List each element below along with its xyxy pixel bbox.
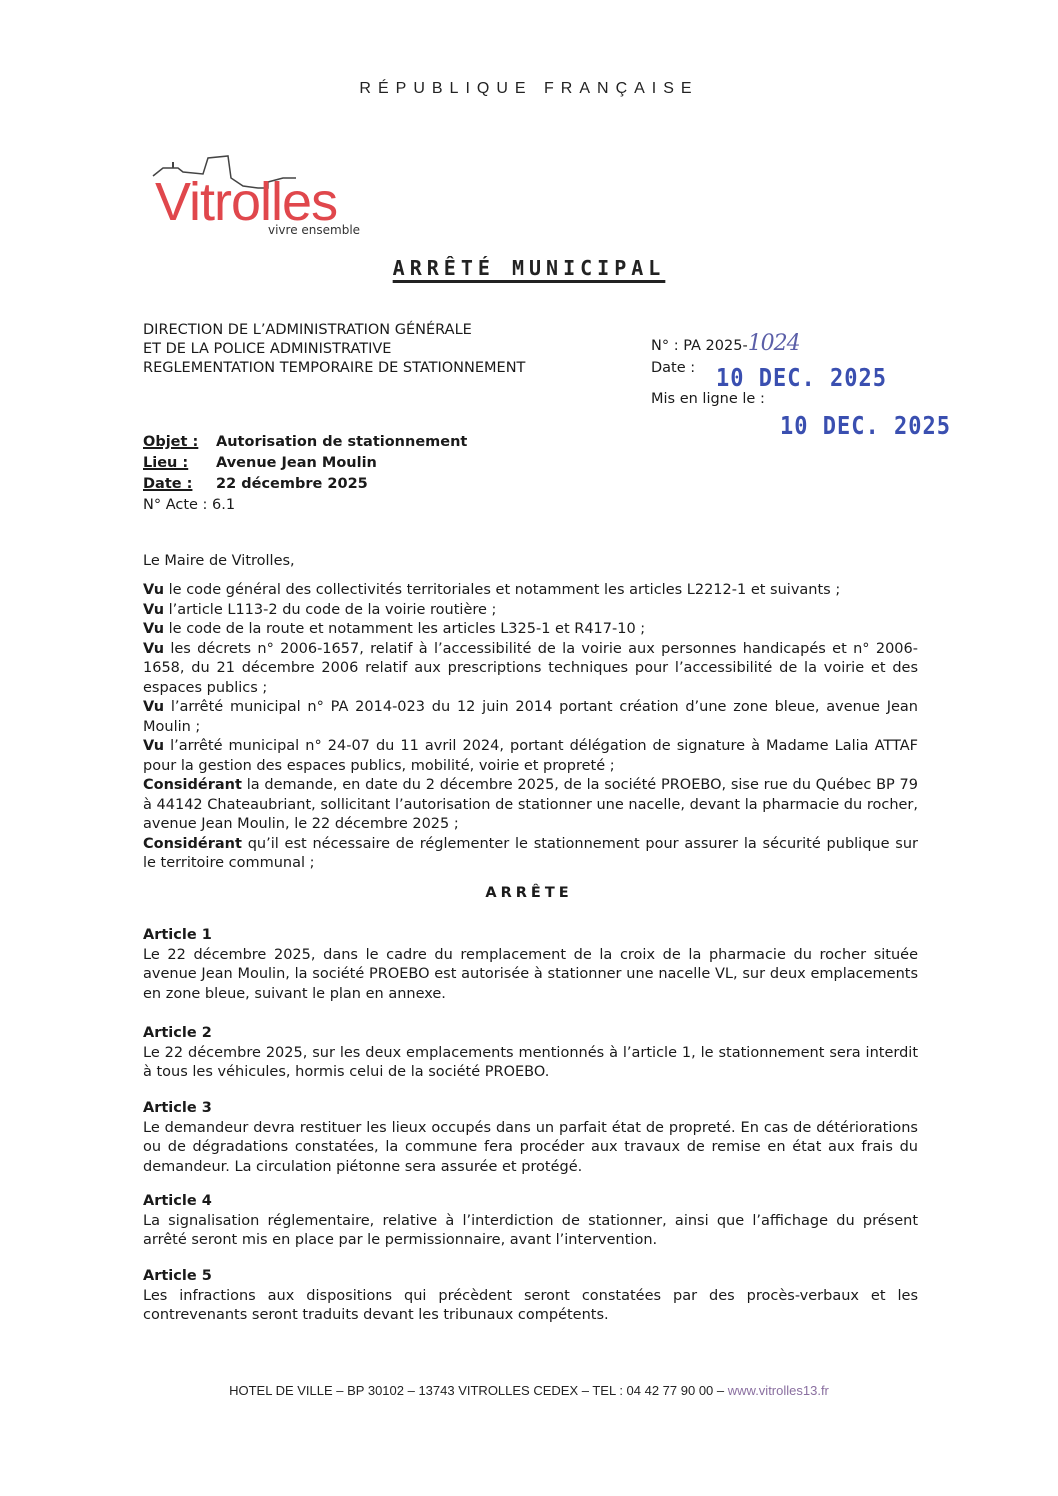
objet-label: Objet : xyxy=(143,434,198,450)
article-3: Article 3 Le demandeur devra restituer l… xyxy=(143,1099,918,1177)
footer-website-link[interactable]: www.vitrolles13.fr xyxy=(728,1383,829,1398)
online-date-label: Mis en ligne le : xyxy=(651,391,765,407)
direction-line: DIRECTION DE L’ADMINISTRATION GÉNÉRALE xyxy=(143,321,525,340)
online-date-stamp: 10 DEC. 2025 xyxy=(780,412,951,441)
article-title: Article 4 xyxy=(143,1192,918,1212)
visa-item: Vu l’article L113-2 du code de la voirie… xyxy=(143,601,918,621)
footer-address-text: HOTEL DE VILLE – BP 30102 – 13743 VITROL… xyxy=(229,1383,728,1398)
visa-item: Vu l’arrêté municipal n° PA 2014-023 du … xyxy=(143,698,918,737)
article-title: Article 3 xyxy=(143,1099,918,1119)
direction-line: ET DE LA POLICE ADMINISTRATIVE xyxy=(143,340,525,359)
article-text: Le demandeur devra restituer les lieux o… xyxy=(143,1119,918,1178)
footer-address: HOTEL DE VILLE – BP 30102 – 13743 VITROL… xyxy=(0,1383,1058,1398)
article-1: Article 1 Le 22 décembre 2025, dans le c… xyxy=(143,926,918,1004)
logo-tagline: vivre ensemble xyxy=(268,224,360,236)
arrete-heading: ARRÊTE xyxy=(0,885,1058,901)
considerant-item: Considérant la demande, en date du 2 déc… xyxy=(143,776,918,835)
lieu-label: Lieu : xyxy=(143,455,188,471)
article-text: La signalisation réglementaire, relative… xyxy=(143,1212,918,1251)
article-text: Les infractions aux dispositions qui pré… xyxy=(143,1287,918,1326)
date-stamp: 10 DEC. 2025 xyxy=(716,364,887,393)
objet-value: Autorisation de stationnement xyxy=(216,432,467,453)
article-title: Article 2 xyxy=(143,1024,918,1044)
lieu-value: Avenue Jean Moulin xyxy=(216,453,377,474)
reference-number-label: N° : PA 2025- xyxy=(651,338,748,354)
article-title: Article 1 xyxy=(143,926,918,946)
reference-number-handwritten: 1024 xyxy=(748,331,800,356)
vitrolles-logo: Vitrolles xyxy=(155,175,337,229)
date-label: Date : xyxy=(143,476,192,492)
article-text: Le 22 décembre 2025, sur les deux emplac… xyxy=(143,1044,918,1083)
direction-block: DIRECTION DE L’ADMINISTRATION GÉNÉRALE E… xyxy=(143,321,525,378)
visas-list: Vu le code général des collectivités ter… xyxy=(143,581,918,874)
date-value: 22 décembre 2025 xyxy=(216,474,368,495)
acte-number: N° Acte : 6.1 xyxy=(143,495,235,516)
republique-francaise-heading: RÉPUBLIQUE FRANÇAISE xyxy=(0,80,1058,98)
maire-salutation: Le Maire de Vitrolles, xyxy=(143,552,918,572)
article-4: Article 4 La signalisation réglementaire… xyxy=(143,1192,918,1251)
article-title: Article 5 xyxy=(143,1267,918,1287)
visa-item: Vu le code général des collectivités ter… xyxy=(143,581,918,601)
document-title: ARRÊTÉ MUNICIPAL xyxy=(0,256,1058,280)
visa-item: Vu les décrets n° 2006-1657, relatif à l… xyxy=(143,640,918,699)
article-text: Le 22 décembre 2025, dans le cadre du re… xyxy=(143,946,918,1005)
meta-block: Objet :Autorisation de stationnement Lie… xyxy=(143,432,467,516)
article-5: Article 5 Les infractions aux dispositio… xyxy=(143,1267,918,1326)
article-2: Article 2 Le 22 décembre 2025, sur les d… xyxy=(143,1024,918,1083)
visa-item: Vu le code de la route et notamment les … xyxy=(143,620,918,640)
direction-line: REGLEMENTATION TEMPORAIRE DE STATIONNEME… xyxy=(143,359,525,378)
considerant-item: Considérant qu’il est nécessaire de régl… xyxy=(143,835,918,874)
visa-item: Vu l’arrêté municipal n° 24-07 du 11 avr… xyxy=(143,737,918,776)
